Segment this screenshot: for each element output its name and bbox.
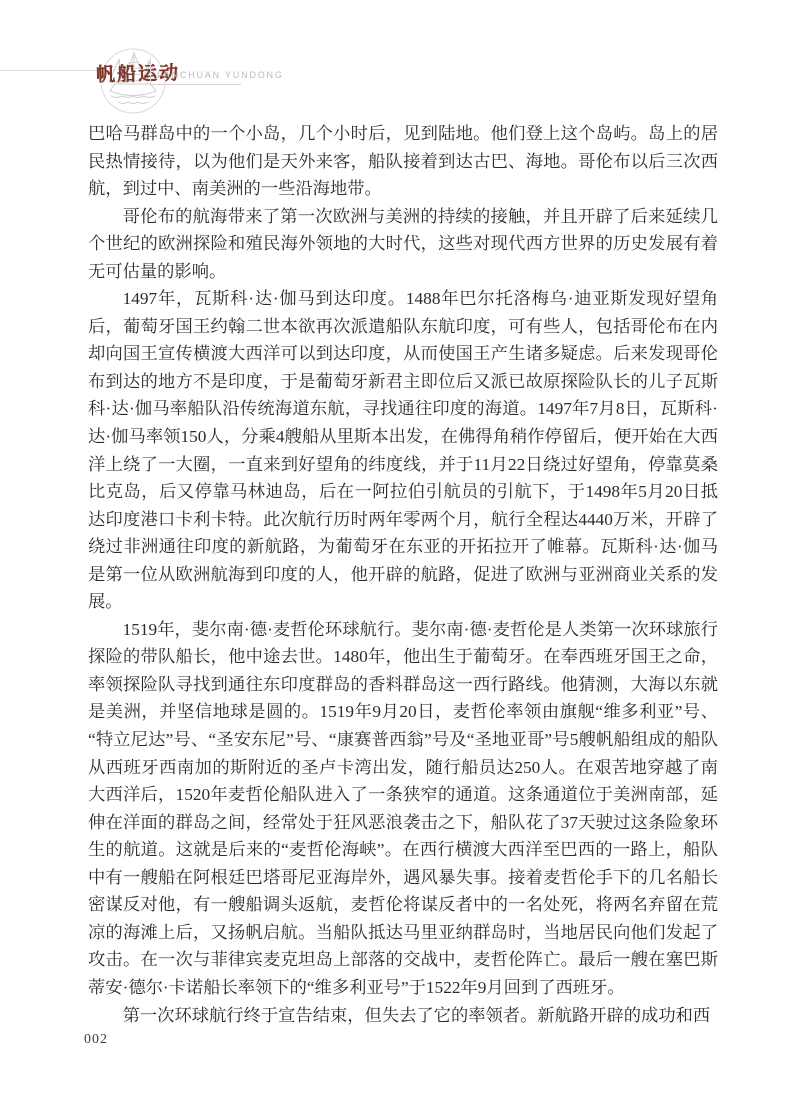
paragraph-2: 哥伦布的航海带来了第一次欧洲与美洲的持续的接触，并且开辟了后来延续几个世纪的欧洲… bbox=[88, 203, 718, 286]
header-rule-right bbox=[151, 84, 241, 85]
logo-title-pinyin: FANCHUAN YUNDONG bbox=[157, 70, 284, 80]
logo-divider-line bbox=[150, 57, 151, 86]
paragraph-5: 第一次环球航行终于宣告结束，但失去了它的率领者。新航路开辟的成功和西 bbox=[88, 1002, 718, 1030]
paragraph-3: 1497年，瓦斯科·达·伽马到达印度。1488年巴尔托洛梅乌·迪亚斯发现好望角后… bbox=[88, 285, 718, 616]
header-rule-left bbox=[0, 70, 97, 71]
paragraph-4: 1519年，斐尔南·德·麦哲伦环球航行。斐尔南·德·麦哲伦是人类第一次环球旅行探… bbox=[88, 616, 718, 1002]
paragraph-1: 巴哈马群岛中的一个小岛，几个小时后，见到陆地。他们登上这个岛屿。岛上的居民热情接… bbox=[88, 120, 718, 203]
book-page: 帆船运动 FANCHUAN YUNDONG 巴哈马群岛中的一个小岛，几个小时后，… bbox=[0, 0, 799, 1114]
page-number: 002 bbox=[84, 1032, 108, 1048]
page-body-text: 巴哈马群岛中的一个小岛，几个小时后，见到陆地。他们登上这个岛屿。岛上的居民热情接… bbox=[88, 120, 718, 1029]
